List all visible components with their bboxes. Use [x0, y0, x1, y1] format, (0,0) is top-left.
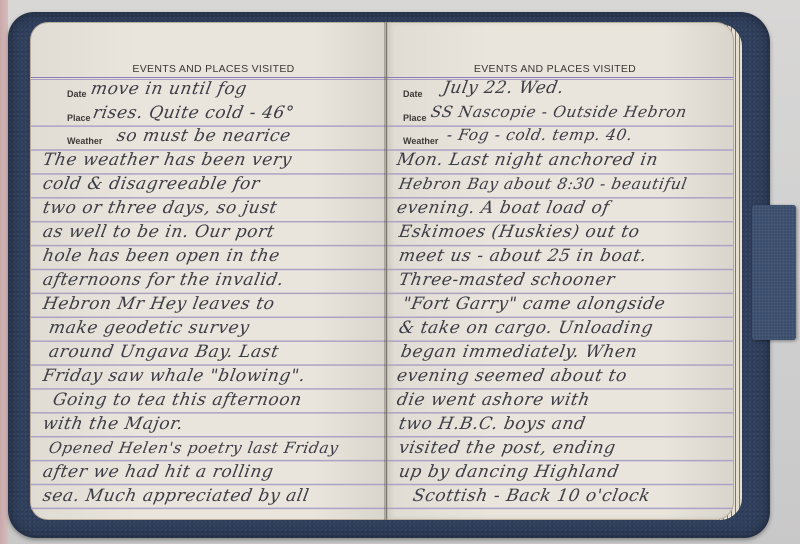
entry-line: with the Major.: [41, 414, 185, 434]
entry-line: around Ungava Bay. Last: [47, 342, 280, 362]
entry-line: & take on cargo. Unloading: [397, 318, 655, 338]
background-strip: [0, 0, 8, 544]
entry-line: Opened Helen's poetry last Friday: [47, 439, 340, 457]
date-value: move in until fog: [89, 79, 248, 99]
entry-line: evening. A boat load of: [395, 198, 611, 218]
entry-line: Three-masted schooner: [397, 270, 616, 290]
entry-line: as well to be in. Our port: [41, 222, 276, 242]
weather-value: - Fog - cold. temp. 40.: [445, 126, 634, 144]
entry-line: Hebron Bay about 8:30 - beautiful: [397, 175, 688, 193]
date-label: Date: [67, 89, 87, 99]
entry-line: evening seemed about to: [395, 366, 628, 386]
place-value: SS Nascopie - Outside Hebron: [429, 103, 688, 121]
entry-line: Eskimoes (Huskies) out to: [397, 222, 641, 242]
entry-line: die went ashore with: [395, 390, 592, 410]
left-page: EVENTS AND PLACES VISITED Date move in u…: [30, 22, 386, 520]
entry-line: up by dancing Highland: [397, 462, 621, 482]
cover-clasp-tab: [752, 205, 796, 340]
entry-line: The weather has been very: [41, 150, 293, 170]
date-label: Date: [403, 89, 423, 99]
entry-line: two H.B.C. boys and: [397, 414, 587, 434]
entry-line: hole has been open in the: [41, 246, 281, 266]
entry-line: two or three days, so just: [41, 198, 279, 218]
right-page: EVENTS AND PLACES VISITED Date July 22. …: [386, 22, 734, 520]
entry-line: sea. Much appreciated by all: [41, 486, 311, 506]
left-page-heading: EVENTS AND PLACES VISITED: [41, 63, 386, 75]
entry-line: afternoons for the invalid.: [41, 270, 285, 290]
entry-line: Mon. Last night anchored in: [395, 150, 660, 170]
right-page-heading: EVENTS AND PLACES VISITED: [387, 63, 723, 75]
entry-line: Scottish - Back 10 o'clock: [411, 486, 652, 506]
entry-line: after we had hit a rolling: [41, 462, 275, 482]
entry-line: cold & disagreeable for: [41, 174, 261, 194]
entry-line: began immediately. When: [399, 342, 639, 362]
entry-line: meet us - about 25 in boat.: [397, 246, 648, 266]
book-gutter: [384, 22, 388, 520]
weather-label: Weather: [403, 136, 438, 146]
entry-line: make geodetic survey: [47, 318, 251, 338]
place-label: Place: [67, 113, 91, 123]
place-label: Place: [403, 113, 427, 123]
entry-line: "Fort Garry" came alongside: [401, 294, 667, 314]
weather-label: Weather: [67, 136, 102, 146]
place-value: rises. Quite cold - 46°: [91, 103, 296, 123]
entry-line: Friday saw whale "blowing".: [41, 366, 307, 386]
entry-line: Hebron Mr Hey leaves to: [41, 294, 276, 314]
date-value: July 22. Wed.: [441, 78, 565, 98]
entry-line: visited the post, ending: [397, 438, 617, 458]
entry-line: Going to tea this afternoon: [51, 390, 303, 410]
weather-value: so must be nearice: [115, 126, 292, 146]
